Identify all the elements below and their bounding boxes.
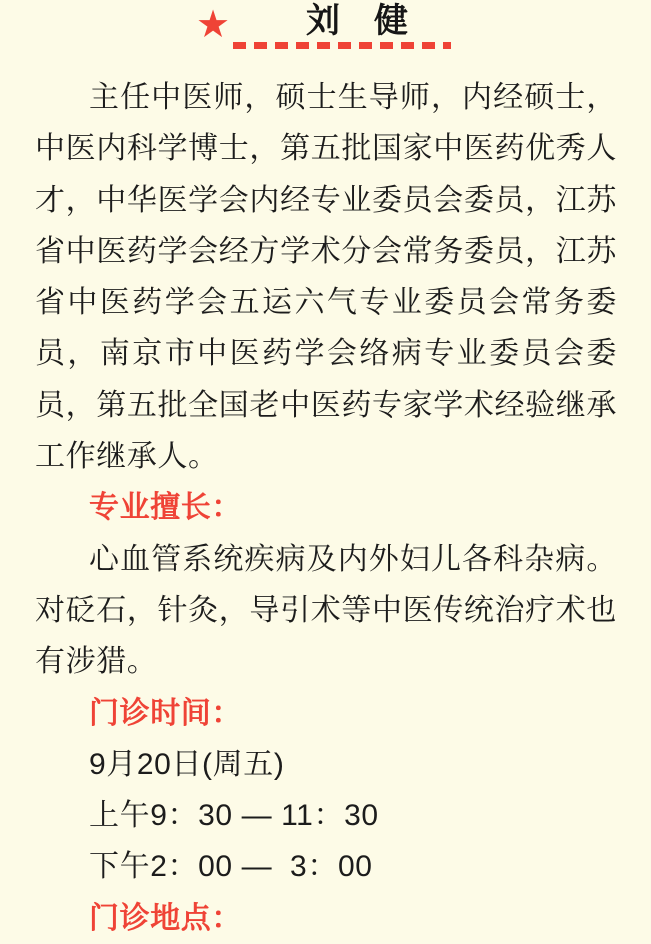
clinic-date: 9月20日(周五) — [35, 739, 617, 790]
profile-header: ★ 刘 健 — [0, 0, 651, 72]
specialty-paragraph: 心血管系统疾病及内外妇儿各科杂病。对砭石，针灸，导引术等中医传统治疗术也有涉猎。 — [35, 534, 617, 688]
clinic-afternoon-hours: 下午2：00 — 3：00 — [35, 841, 617, 892]
doctor-name: 刘 健 — [306, 1, 408, 41]
star-icon: ★ — [196, 6, 230, 44]
bio-paragraph: 主任中医师，硕士生导师，内经硕士，中医内科学博士，第五批国家中医药优秀人才，中华… — [35, 72, 617, 482]
clinic-location-heading: 门诊地点： — [35, 893, 617, 944]
clinic-time-heading: 门诊时间： — [35, 688, 617, 739]
dashed-underline — [233, 42, 451, 49]
profile-body: 主任中医师，硕士生导师，内经硕士，中医内科学博士，第五批国家中医药优秀人才，中华… — [0, 72, 651, 944]
specialty-heading: 专业擅长： — [35, 482, 617, 533]
clinic-morning-hours: 上午9：30 — 11：30 — [35, 790, 617, 841]
doctor-profile-page: ★ 刘 健 主任中医师，硕士生导师，内经硕士，中医内科学博士，第五批国家中医药优… — [0, 0, 651, 944]
